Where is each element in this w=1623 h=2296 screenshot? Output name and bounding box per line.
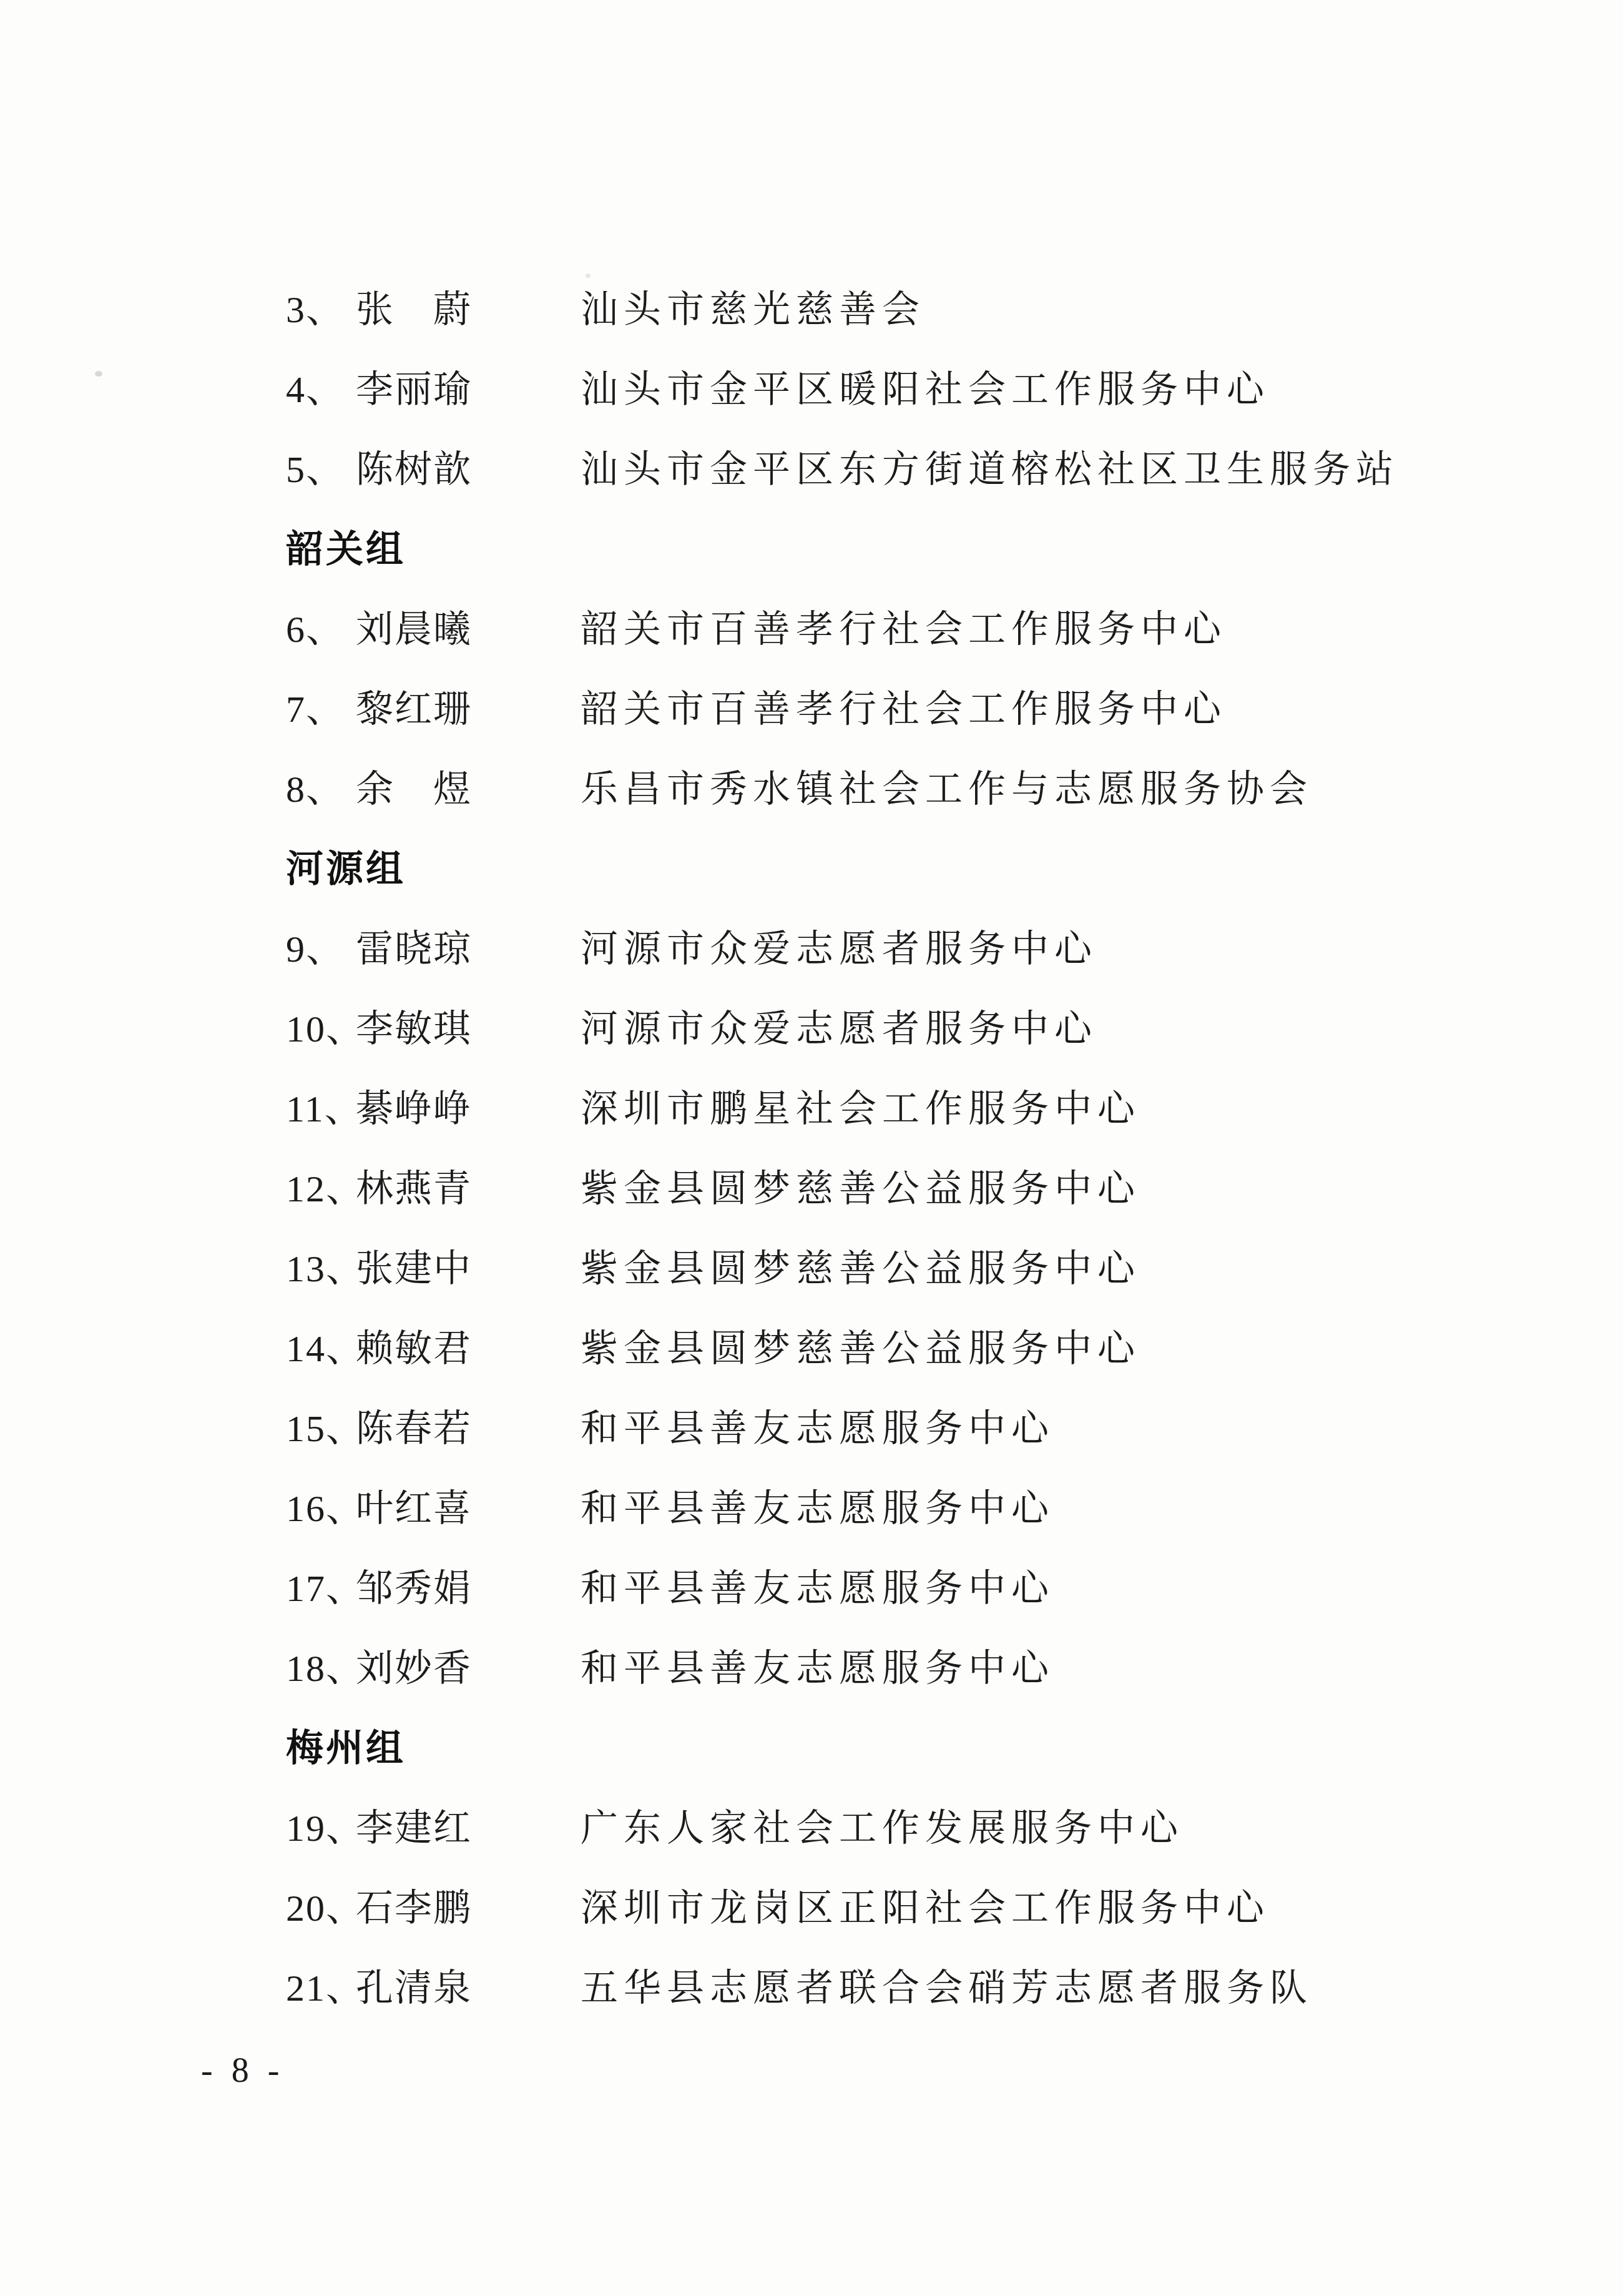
entry-organization: 汕头市慈光慈善会 — [581, 270, 925, 350]
entry-organization: 河源市众爱志愿者服务中心 — [581, 909, 1097, 989]
entry-number: 13、 — [286, 1229, 356, 1309]
list-item: 4、 李丽瑜 汕头市金平区暖阳社会工作服务中心 — [286, 350, 1472, 430]
list-item: 8、 余 煜 乐昌市秀水镇社会工作与志愿服务协会 — [286, 749, 1472, 829]
entry-number: 18、 — [286, 1628, 356, 1708]
group-header: 韶关组 — [286, 510, 1472, 589]
entry-number: 7、 — [286, 669, 356, 749]
entry-name: 张 蔚 — [356, 270, 581, 350]
entry-name: 綦峥峥 — [356, 1069, 581, 1149]
entry-organization: 汕头市金平区暖阳社会工作服务中心 — [581, 350, 1270, 430]
entry-name: 李敏琪 — [356, 989, 581, 1069]
list-item: 14、 赖敏君 紫金县圆梦慈善公益服务中心 — [286, 1309, 1472, 1389]
group-header-label: 梅州组 — [286, 1708, 406, 1788]
entry-number: 12、 — [286, 1149, 356, 1229]
entry-name: 刘晨曦 — [356, 589, 581, 669]
group-header: 梅州组 — [286, 1708, 1472, 1788]
list-item: 18、 刘妙香 和平县善友志愿服务中心 — [286, 1628, 1472, 1708]
entry-number: 9、 — [286, 909, 356, 989]
entry-number: 6、 — [286, 589, 356, 669]
awards-list: 3、 张 蔚 汕头市慈光慈善会 4、 李丽瑜 汕头市金平区暖阳社会工作服务中心 … — [286, 270, 1472, 2028]
entry-name: 刘妙香 — [356, 1628, 581, 1708]
entry-number: 16、 — [286, 1469, 356, 1549]
entry-name: 赖敏君 — [356, 1309, 581, 1389]
entry-name: 陈树歆 — [356, 430, 581, 510]
entry-number: 15、 — [286, 1389, 356, 1469]
entry-name: 李建红 — [356, 1788, 581, 1868]
entry-name: 邹秀娟 — [356, 1549, 581, 1628]
entry-organization: 和平县善友志愿服务中心 — [581, 1389, 1054, 1469]
entry-number: 10、 — [286, 989, 356, 1069]
entry-organization: 乐昌市秀水镇社会工作与志愿服务协会 — [581, 749, 1313, 829]
entry-number: 3、 — [286, 270, 356, 350]
entry-number: 21、 — [286, 1948, 356, 2028]
entry-number: 14、 — [286, 1309, 356, 1389]
list-item: 12、 林燕青 紫金县圆梦慈善公益服务中心 — [286, 1149, 1472, 1229]
entry-organization: 韶关市百善孝行社会工作服务中心 — [581, 669, 1227, 749]
entry-organization: 和平县善友志愿服务中心 — [581, 1628, 1054, 1708]
entry-organization: 深圳市龙岗区正阳社会工作服务中心 — [581, 1868, 1270, 1948]
entry-name: 雷晓琼 — [356, 909, 581, 989]
entry-name: 叶红喜 — [356, 1469, 581, 1549]
entry-name: 石李鹏 — [356, 1868, 581, 1948]
entry-number: 5、 — [286, 430, 356, 510]
entry-organization: 紫金县圆梦慈善公益服务中心 — [581, 1309, 1140, 1389]
list-item: 3、 张 蔚 汕头市慈光慈善会 — [286, 270, 1472, 350]
scan-artifact — [95, 371, 102, 377]
list-item: 20、 石李鹏 深圳市龙岗区正阳社会工作服务中心 — [286, 1868, 1472, 1948]
entry-name: 黎红珊 — [356, 669, 581, 749]
entry-number: 4、 — [286, 350, 356, 430]
list-item: 15、 陈春若 和平县善友志愿服务中心 — [286, 1389, 1472, 1469]
entry-name: 张建中 — [356, 1229, 581, 1309]
entry-number: 20、 — [286, 1868, 356, 1948]
entry-organization: 紫金县圆梦慈善公益服务中心 — [581, 1149, 1140, 1229]
entry-number: 11、 — [286, 1069, 356, 1149]
page-number: - 8 - — [201, 2051, 284, 2091]
list-item: 7、 黎红珊 韶关市百善孝行社会工作服务中心 — [286, 669, 1472, 749]
entry-organization: 广东人家社会工作发展服务中心 — [581, 1788, 1184, 1868]
list-item: 19、 李建红 广东人家社会工作发展服务中心 — [286, 1788, 1472, 1868]
list-item: 10、 李敏琪 河源市众爱志愿者服务中心 — [286, 989, 1472, 1069]
entry-organization: 汕头市金平区东方街道榕松社区卫生服务站 — [581, 430, 1399, 510]
document-page: 3、 张 蔚 汕头市慈光慈善会 4、 李丽瑜 汕头市金平区暖阳社会工作服务中心 … — [0, 0, 1623, 2296]
list-item: 13、 张建中 紫金县圆梦慈善公益服务中心 — [286, 1229, 1472, 1309]
entry-number: 17、 — [286, 1549, 356, 1628]
group-header-label: 韶关组 — [286, 510, 406, 589]
entry-organization: 深圳市鹏星社会工作服务中心 — [581, 1069, 1140, 1149]
entry-organization: 紫金县圆梦慈善公益服务中心 — [581, 1229, 1140, 1309]
list-item: 6、 刘晨曦 韶关市百善孝行社会工作服务中心 — [286, 589, 1472, 669]
list-item: 16、 叶红喜 和平县善友志愿服务中心 — [286, 1469, 1472, 1549]
entry-name: 余 煜 — [356, 749, 581, 829]
entry-name: 李丽瑜 — [356, 350, 581, 430]
group-header-label: 河源组 — [286, 829, 406, 909]
list-item: 17、 邹秀娟 和平县善友志愿服务中心 — [286, 1549, 1472, 1628]
entry-number: 8、 — [286, 749, 356, 829]
entry-name: 陈春若 — [356, 1389, 581, 1469]
entry-name: 孔清泉 — [356, 1948, 581, 2028]
entry-number: 19、 — [286, 1788, 356, 1868]
entry-organization: 五华县志愿者联合会硝芳志愿者服务队 — [581, 1948, 1313, 2028]
list-item: 9、 雷晓琼 河源市众爱志愿者服务中心 — [286, 909, 1472, 989]
list-item: 21、 孔清泉 五华县志愿者联合会硝芳志愿者服务队 — [286, 1948, 1472, 2028]
list-item: 11、 綦峥峥 深圳市鹏星社会工作服务中心 — [286, 1069, 1472, 1149]
group-header: 河源组 — [286, 829, 1472, 909]
entry-organization: 韶关市百善孝行社会工作服务中心 — [581, 589, 1227, 669]
entry-organization: 河源市众爱志愿者服务中心 — [581, 989, 1097, 1069]
entry-organization: 和平县善友志愿服务中心 — [581, 1549, 1054, 1628]
entry-organization: 和平县善友志愿服务中心 — [581, 1469, 1054, 1549]
entry-name: 林燕青 — [356, 1149, 581, 1229]
list-item: 5、 陈树歆 汕头市金平区东方街道榕松社区卫生服务站 — [286, 430, 1472, 510]
